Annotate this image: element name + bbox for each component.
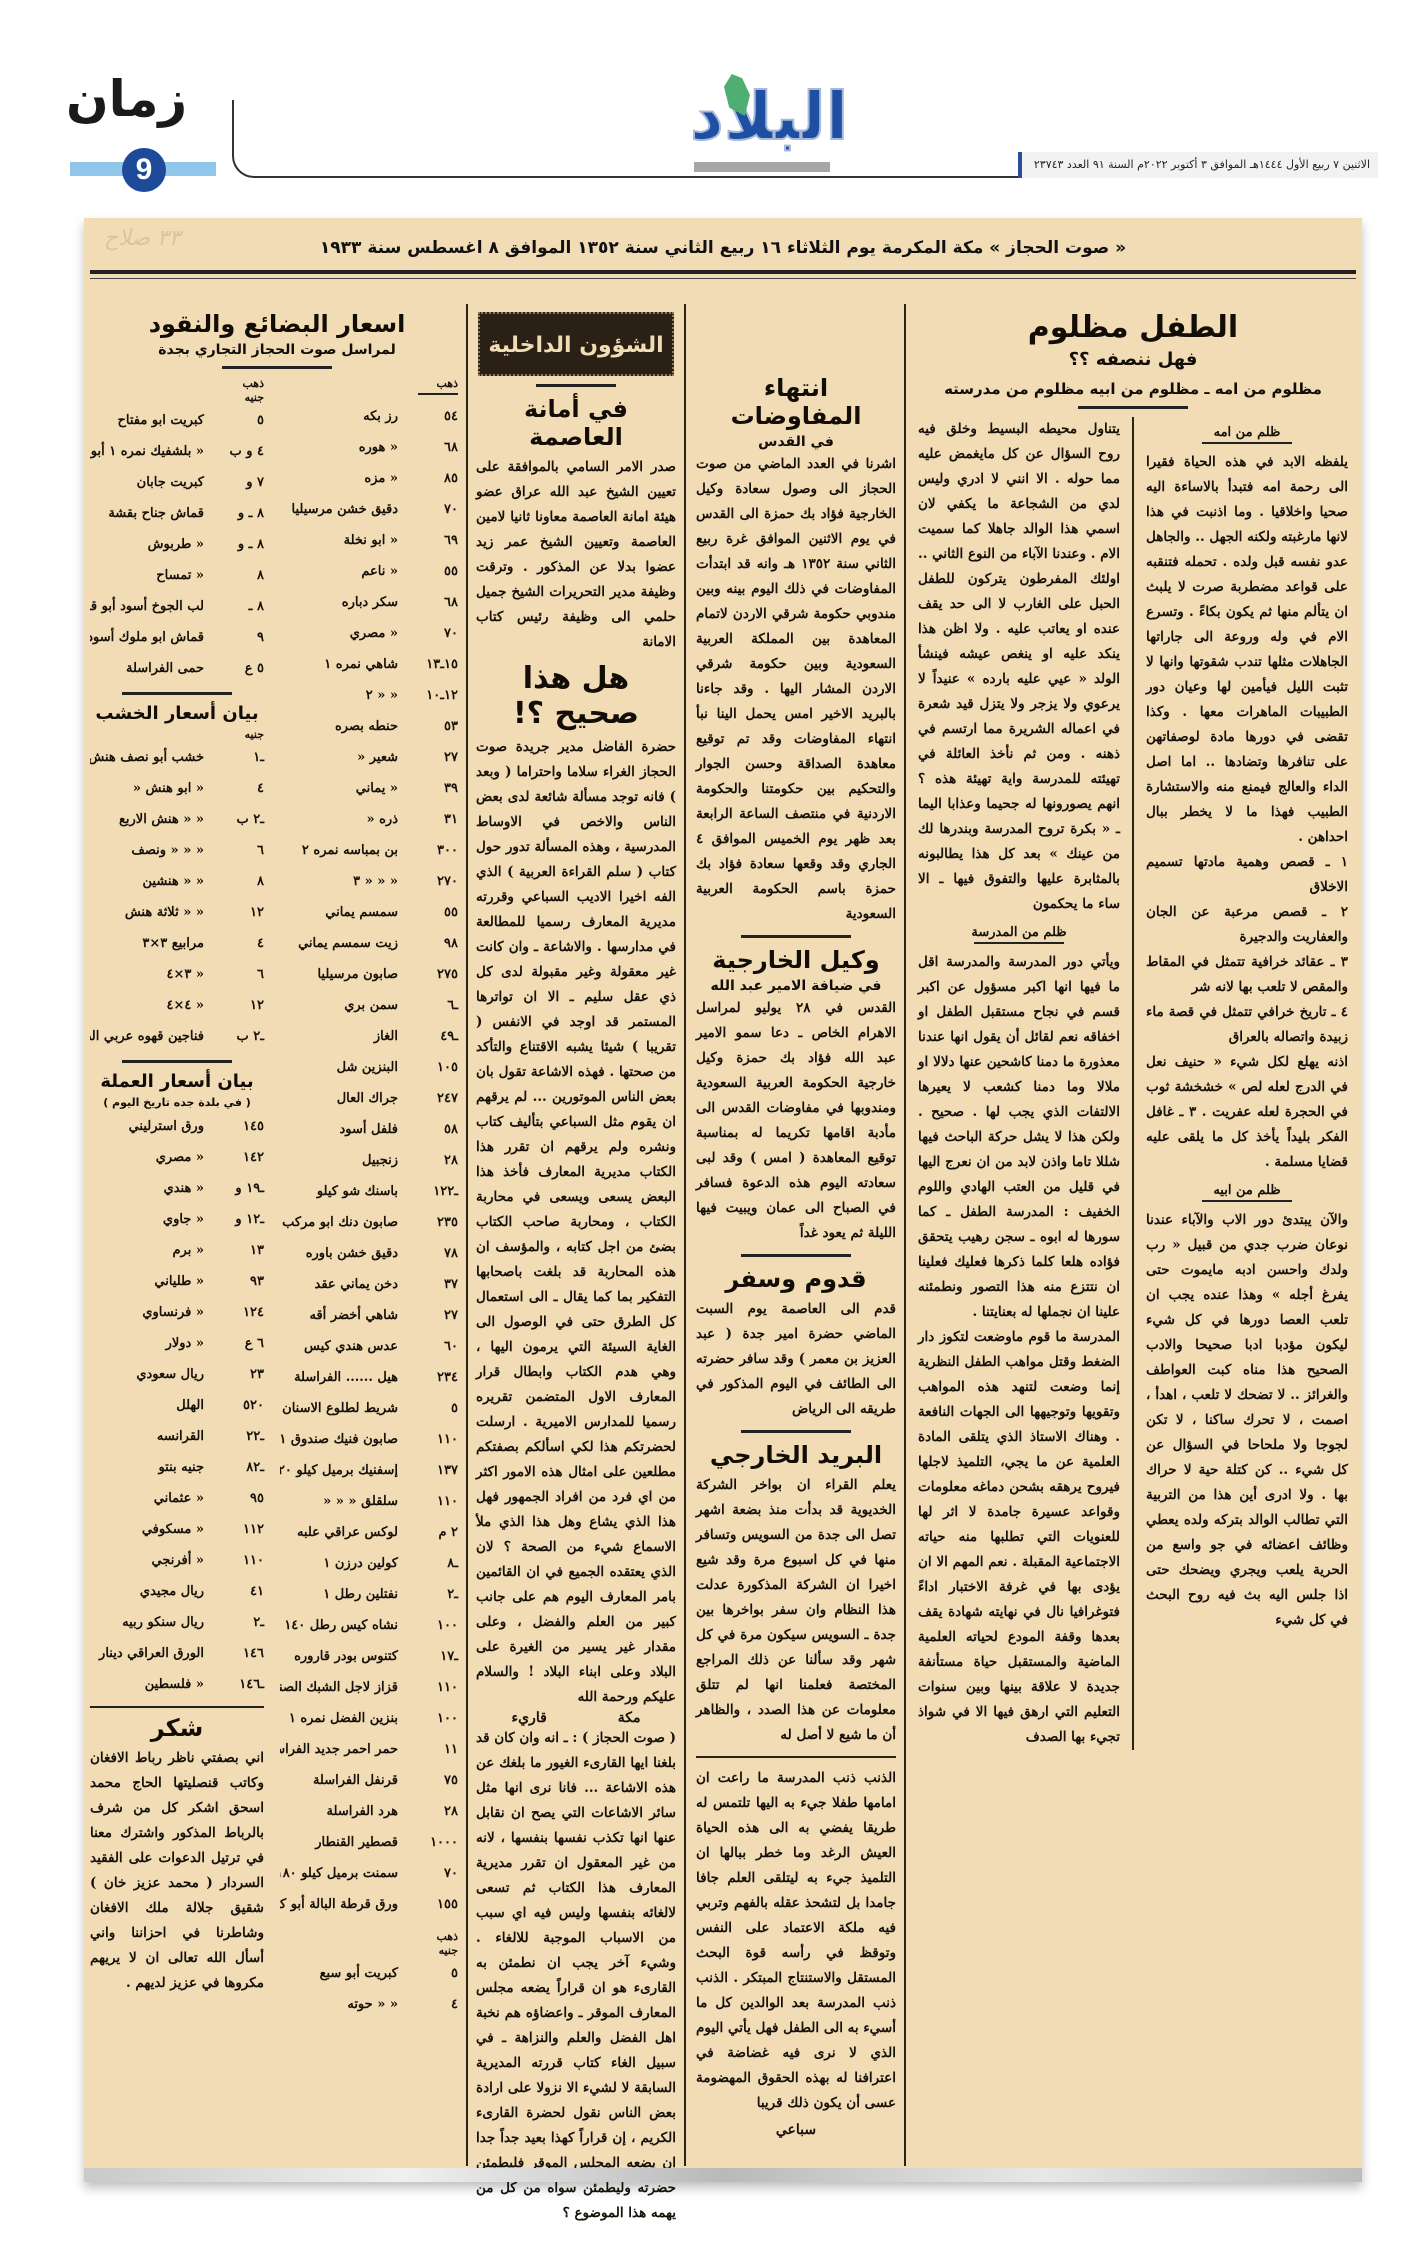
price-row: ١٠٠بنزين الفضل نمره ١ xyxy=(280,1703,458,1734)
price-value: ـ٢ ب xyxy=(212,1021,264,1052)
price-row: ١١حمر احمر جديد الفراسلة xyxy=(280,1734,458,1765)
price-row: ٢٣٥صابون دنك ابو مركب عن قالب ٤٠٠ xyxy=(280,1207,458,1238)
divider xyxy=(696,1756,896,1758)
divider xyxy=(1202,442,1292,444)
item-name: « مصري xyxy=(90,1142,212,1173)
section-title: زمان xyxy=(66,70,187,128)
price-row: ٧٠سمنت برميل كيلو ١٨٠ xyxy=(280,1858,458,1889)
price-value: ٨ xyxy=(212,866,264,897)
goods-list: ٥كبريت أبو سبع٤« « حوته xyxy=(280,1958,458,2020)
column-capital-affairs: الشؤون الداخلية في أمانة العاصمة صدر الا… xyxy=(476,304,676,2166)
item-name: صابون مرسيليا xyxy=(280,959,406,990)
price-value: ٧٠ xyxy=(406,1858,458,1889)
price-value: ٧٨ xyxy=(406,1238,458,1269)
price-row: ٨« « هنشين xyxy=(90,866,264,897)
issue-dateline: الاثنين ٧ ربيع الأول ١٤٤٤هـ الموافق ٣ أك… xyxy=(1018,152,1378,178)
item-name: هرد الفراسلة xyxy=(280,1796,406,1827)
price-value: ٤ xyxy=(212,928,264,959)
scan-edge xyxy=(84,2168,1362,2182)
item-name: زنجبيل xyxy=(280,1145,406,1176)
newspaper-logo: البلاد xyxy=(690,82,830,152)
price-value: ١٤٥ xyxy=(212,1111,264,1142)
price-value: ١٠٥ xyxy=(406,1052,458,1083)
price-row: ٢٧٠« « « ٣ xyxy=(280,866,458,897)
price-value: ٦ xyxy=(212,959,264,990)
article-paragraph: صدر الامر السامي بالموافقة على تعيين الش… xyxy=(476,455,676,655)
item-name: « مسكوفي xyxy=(90,1514,212,1545)
price-value: ٩٣ xyxy=(212,1266,264,1297)
timber-title: بيان أسعار الخشب xyxy=(90,703,264,724)
price-value: ١٤٦ xyxy=(212,1638,264,1669)
item-name: صابون دنك ابو مركب عن قالب ٤٠٠ xyxy=(280,1207,406,1238)
price-row: ١١٠سلقلق « « « xyxy=(280,1486,458,1517)
price-value: ١٢ـ١٠ xyxy=(406,680,458,711)
item-name: قصطير القنطار xyxy=(280,1827,406,1858)
price-value: ـ١٢ و xyxy=(212,1204,264,1235)
item-name: جنيه بنتو xyxy=(90,1452,212,1483)
price-row: ٩قماش ابو ملوك أسود xyxy=(90,622,264,653)
article-paragraph: يتناول محيطه البسيط وخلق فيه روح السؤال … xyxy=(918,417,1120,917)
item-name: حمى الفراسلة xyxy=(90,653,212,684)
item-name: هيل ...... الفراسلة xyxy=(280,1362,406,1393)
item-name: الغاز xyxy=(280,1021,406,1052)
price-value: ١٠٠٠ xyxy=(406,1827,458,1858)
price-row: ـ٢ريال سنكو ربيه xyxy=(90,1607,264,1638)
price-value: ٧٠ xyxy=(406,494,458,525)
price-value: ٥ xyxy=(212,405,264,436)
editor-reply: ( صوت الحجاز ) : ـ انه وان كان قد بلغنا … xyxy=(476,1726,676,2226)
divider xyxy=(122,1060,232,1063)
item-name: نفتلين رطل ١ xyxy=(280,1579,406,1610)
price-value: ٩٥ xyxy=(212,1483,264,1514)
unit-sub: جنيه xyxy=(90,391,264,405)
price-row: ٤« « حوته xyxy=(280,1989,458,2020)
item-name: دخن يماني عقد xyxy=(280,1269,406,1300)
item-name: ذره « xyxy=(280,804,406,835)
price-row: ١١٠صابون فنيك صندوق ١ xyxy=(280,1424,458,1455)
article-paragraph: القدس في ٢٨ يوليو لمراسل الاهرام الخاص ـ… xyxy=(696,996,896,1246)
price-row: ٩٨زيت سمسم يماني xyxy=(280,928,458,959)
item-name: « « هنشين xyxy=(90,866,212,897)
masthead-rule xyxy=(90,270,1356,274)
item-name: كبريت جابان xyxy=(90,467,212,498)
item-name: سكر دباره xyxy=(280,587,406,618)
item-name: إسفنيك برميل كيلو ٢٠ xyxy=(280,1455,406,1486)
price-row: ٢٧شعير « xyxy=(280,742,458,773)
item-name: « « هنش الاربع xyxy=(90,804,212,835)
article-title: الطفل مظلوم xyxy=(918,310,1348,345)
article-paragraph: يلفظه الابد في هذه الحياة فقيرا الى رحمة… xyxy=(1146,450,1348,850)
price-row: ـ١خشب أبو نصف هنش xyxy=(90,742,264,773)
item-name: « دولار xyxy=(90,1328,212,1359)
price-row: ـ١٢ و« جاوي xyxy=(90,1204,264,1235)
price-row: ٢٨هرد الفراسلة xyxy=(280,1796,458,1827)
price-row: ١٥ـ١٣شاهي نمره ١ xyxy=(280,649,458,680)
price-row: ١٢٤« فرنساوي xyxy=(90,1297,264,1328)
price-row: ـ١٧كتنوس بودر قاروره xyxy=(280,1641,458,1672)
item-name: صابون فنيك صندوق ١ xyxy=(280,1424,406,1455)
price-value: ٤١ xyxy=(212,1576,264,1607)
article-point: ٤ ـ تاريخ خرافي تتمثل في قصة ماء زبيدة و… xyxy=(1146,1000,1348,1050)
item-name: جراك العال xyxy=(280,1083,406,1114)
price-value: ٢٣٥ xyxy=(406,1207,458,1238)
unit-sub: جنيه xyxy=(90,728,264,742)
item-name: ريال مجيدي xyxy=(90,1576,212,1607)
item-name: « طلياني xyxy=(90,1266,212,1297)
item-name: عدس هندي كيس xyxy=(280,1331,406,1362)
currency-title: بيان أسعار العملة xyxy=(90,1071,264,1092)
price-value: ٢٣ xyxy=(212,1359,264,1390)
price-row: ٧ وكبريت جابان xyxy=(90,467,264,498)
unit-header: ذهب xyxy=(280,377,458,391)
price-row: ٥ عحمى الفراسلة xyxy=(90,653,264,684)
price-value: ٦ ع xyxy=(212,1328,264,1359)
item-name: شاهي نمره ١ xyxy=(280,649,406,680)
price-row: ٤ و ب« بلشفيك نمره ١ أبو حصان xyxy=(90,436,264,467)
price-row: ٩٣« طلياني xyxy=(90,1266,264,1297)
timber-list: ـ١خشب أبو نصف هنش٤« ابو هنش «ـ٢ ب« « هنش… xyxy=(90,742,264,1052)
price-row: ١٤٢« مصري xyxy=(90,1142,264,1173)
price-row: ٥كبريت أبو سبع xyxy=(280,1958,458,1989)
article-subtitle: فهل ننصفه ؟؟ xyxy=(918,349,1348,370)
goods-column-a: ذهب ٥٤رز بكه٦٨« هوره٨٥« مزه٧٠دقيق خشن مر… xyxy=(280,377,458,2020)
prices-table: ذهب ٥٤رز بكه٦٨« هوره٨٥« مزه٧٠دقيق خشن مر… xyxy=(96,377,458,2020)
item-name: ورق استرليني xyxy=(90,1111,212,1142)
article-paragraph: اشرنا في العدد الماضي من صوت الحجاز الى … xyxy=(696,452,896,927)
headline-foreign-mail: البريد الخارجي xyxy=(696,1441,896,1469)
price-value: ٢٤٧ xyxy=(406,1083,458,1114)
price-row: ١٤٦الورق العراقي دينار xyxy=(90,1638,264,1669)
internal-affairs-banner: الشؤون الداخلية xyxy=(478,312,674,376)
price-value: ٥٨ xyxy=(406,1114,458,1145)
item-name: « هندي xyxy=(90,1173,212,1204)
price-row: ٥٨فلفل أسود xyxy=(280,1114,458,1145)
item-name: « « ثلاثة هنش xyxy=(90,897,212,928)
price-row: ١٤٥ورق استرليني xyxy=(90,1111,264,1142)
unit-header: ذهب xyxy=(280,1930,458,1944)
divider xyxy=(1202,1200,1292,1202)
item-name: ورق قرطة البالة أبو كيلو ١٢٥ xyxy=(280,1889,406,1920)
price-value: ٢٧ xyxy=(406,742,458,773)
article-paragraph: الذنب ذنب المدرسة ما راعت ان امامها طفلا… xyxy=(696,1766,896,2116)
item-name: شريط لطلوع الاسنان بسهولة xyxy=(280,1393,406,1424)
item-name: بنزين الفضل نمره ١ xyxy=(280,1703,406,1734)
price-row: ١٢« « ثلاثة هنش xyxy=(90,897,264,928)
divider xyxy=(222,366,332,369)
letter-signoff: مكة قاريء xyxy=(476,1710,676,1726)
article-paragraph: قدم الى العاصمة يوم السبت الماضي حضرة ام… xyxy=(696,1297,896,1422)
goods-column-b: ذهب جنيه ٥كبريت ابو مفتاح٤ و ب« بلشفيك ن… xyxy=(90,377,264,2020)
price-value: ٣٠٠ xyxy=(406,835,458,866)
price-row: ـ٨كولين درزن ١ xyxy=(280,1548,458,1579)
divider xyxy=(974,942,1064,944)
page-number-badge: 9 xyxy=(122,148,166,192)
price-row: ـ٤٩الغاز xyxy=(280,1021,458,1052)
price-value: ـ١٧ xyxy=(406,1641,458,1672)
item-name: « ابو نخلة xyxy=(280,525,406,556)
item-name: مرابيع ٣×٣ xyxy=(90,928,212,959)
price-row: ـ٢ ب« « هنش الاربع xyxy=(90,804,264,835)
price-row: ٣١ذره « xyxy=(280,804,458,835)
headline-arrival-departure: قدوم وسفر xyxy=(696,1265,896,1293)
price-value: ٢٧٥ xyxy=(406,959,458,990)
price-row: ٤« ابو هنش « xyxy=(90,773,264,804)
article-paragraph: حضرة الفاضل مدير جريدة صوت الحجاز الغراء… xyxy=(476,735,676,1710)
price-row: ـ٢٢القرانسه xyxy=(90,1421,264,1452)
item-name: لب الجوخ أسود أبو قبوس xyxy=(90,591,212,622)
price-value: ١١٠ xyxy=(406,1424,458,1455)
price-value: ٥ xyxy=(406,1393,458,1424)
price-row: ـ٢ بفناجين قهوه عربي الصندوق ١٠٠٠ فنجان … xyxy=(90,1021,264,1052)
item-name: سمن بري xyxy=(280,990,406,1021)
item-name: دقيق خشن باوره xyxy=(280,1238,406,1269)
headline-subtitle: في ضيافة الامير عبد الله xyxy=(696,978,896,994)
column-rule xyxy=(1132,417,1134,1750)
price-row: ٢ ملوكس عراقي علبه xyxy=(280,1517,458,1548)
price-row: ـ٦سمن بري xyxy=(280,990,458,1021)
item-name: « « « ونصف xyxy=(90,835,212,866)
item-name: كبريت أبو سبع xyxy=(280,1958,406,1989)
price-value: ١٢٤ xyxy=(212,1297,264,1328)
item-name: حنطه بصره xyxy=(280,711,406,742)
price-value: ١٢ xyxy=(212,990,264,1021)
letter-signer: قاريء xyxy=(512,1710,547,1726)
item-name: شاهي أخضر أقه xyxy=(280,1300,406,1331)
price-row: ١٠٠٠قصطير القنطار xyxy=(280,1827,458,1858)
item-name: « جاوي xyxy=(90,1204,212,1235)
price-row: ١٥٥ورق قرطة البالة أبو كيلو ١٢٥ xyxy=(280,1889,458,1920)
price-row: ٦٨سكر دباره xyxy=(280,587,458,618)
thanks-text: اني بصفتي ناظر رباط الافغان وكاتب قنصليت… xyxy=(90,1746,264,1996)
article-two-columns: ظلم من امه يلفظه الابد في هذه الحياة فقي… xyxy=(918,417,1348,1750)
price-row: ١٠٠نشاه كيس رطل ١٤٠ xyxy=(280,1610,458,1641)
item-name: « طربوش xyxy=(90,529,212,560)
price-value: ٢٧٠ xyxy=(406,866,458,897)
price-row: ٢٨زنجبيل xyxy=(280,1145,458,1176)
price-value: ٥٤ xyxy=(406,401,458,432)
headline-is-it-true: هل هذا صحيح ؟! xyxy=(476,661,676,731)
item-name: « « ٢ xyxy=(280,680,406,711)
price-value: ٢٨ xyxy=(406,1796,458,1827)
item-name: سمنت برميل كيلو ١٨٠ xyxy=(280,1858,406,1889)
price-row: ٣٧دخن يماني عقد xyxy=(280,1269,458,1300)
item-name: سلقلق « « « xyxy=(280,1486,406,1517)
price-value: ٦٨ xyxy=(406,587,458,618)
price-value: ـ٤٩ xyxy=(406,1021,458,1052)
price-row: ٨ ـ و« طربوش xyxy=(90,529,264,560)
item-name: « مزه xyxy=(280,463,406,494)
price-value: ٥٣ xyxy=(406,711,458,742)
item-name: « تمساح xyxy=(90,560,212,591)
price-value: ٢٣٤ xyxy=(406,1362,458,1393)
price-row: ٥٥سمسم يماني xyxy=(280,897,458,928)
item-name: قماش ابو ملوك أسود xyxy=(90,622,212,653)
price-row: ٣٩« يماني xyxy=(280,773,458,804)
price-row: ٧٥قرنفل الفراسلة xyxy=(280,1765,458,1796)
price-value: ٣٩ xyxy=(406,773,458,804)
price-row: ٨ ـ وقماش جناح بقشة xyxy=(90,498,264,529)
item-name: حمر احمر جديد الفراسلة xyxy=(280,1734,406,1765)
divider xyxy=(90,1706,264,1708)
price-value: ٣١ xyxy=(406,804,458,835)
price-value: ٩ xyxy=(212,622,264,653)
price-value: ٥٢٠ xyxy=(212,1390,264,1421)
article-subcolumn-left: يتناول محيطه البسيط وخلق فيه روح السؤال … xyxy=(918,417,1120,1750)
divider xyxy=(122,692,232,695)
price-row: ٥٤رز بكه xyxy=(280,401,458,432)
divider xyxy=(418,393,458,395)
price-value: ٨ ـ xyxy=(212,591,264,622)
price-value: ٦٩ xyxy=(406,525,458,556)
price-row: ـ١٩ و« هندي xyxy=(90,1173,264,1204)
item-name: لوكس عراقي علبه xyxy=(280,1517,406,1548)
price-value: ـ٢ xyxy=(212,1607,264,1638)
column-rule xyxy=(904,304,906,2166)
divider xyxy=(536,384,616,387)
article-point: ٣ ـ عقائد خرافية تتمثل في المقاط والمقص … xyxy=(1146,950,1348,1000)
price-row: ١٣٧إسفنيك برميل كيلو ٢٠ xyxy=(280,1455,458,1486)
price-value: ٥٥ xyxy=(406,556,458,587)
item-name: البنزين شل xyxy=(280,1052,406,1083)
price-value: ٥ xyxy=(406,1958,458,1989)
item-name: باسنك شو كيلو xyxy=(280,1176,406,1207)
thanks-title: شكر xyxy=(90,1714,264,1742)
price-row: ١١٢« مسكوفي xyxy=(90,1514,264,1545)
item-name: « برم xyxy=(90,1235,212,1266)
clipping-masthead: « صوت الحجاز » مكة المكرمة يوم الثلاثاء … xyxy=(84,226,1362,292)
price-row: ٦٠عدس هندي كيس xyxy=(280,1331,458,1362)
price-value: ١١ xyxy=(406,1734,458,1765)
goods-list: ٥كبريت ابو مفتاح٤ و ب« بلشفيك نمره ١ أبو… xyxy=(90,405,264,684)
item-name: ريال سنكو ربيه xyxy=(90,1607,212,1638)
column-prices: اسعار البضائع والنقود لمراسل صوت الحجاز … xyxy=(96,304,458,2166)
price-value: ـ٦ xyxy=(406,990,458,1021)
price-value: ٥ ع xyxy=(212,653,264,684)
price-row: ١١٠« أفرنجي xyxy=(90,1545,264,1576)
price-row: ٥٥« ناعم xyxy=(280,556,458,587)
divider xyxy=(1078,406,1188,409)
unit-header: ذهب xyxy=(90,377,264,391)
goods-list: ٥٤رز بكه٦٨« هوره٨٥« مزه٧٠دقيق خشن مرسيلي… xyxy=(280,401,458,1920)
price-row: ١٠٥البنزين شل xyxy=(280,1052,458,1083)
price-value: ١٢ xyxy=(212,897,264,928)
currency-subtitle: ( في بلدة جده تاريخ اليوم ) xyxy=(90,1096,264,1109)
price-value: ١١٠ xyxy=(406,1486,458,1517)
price-value: ٤ xyxy=(212,773,264,804)
item-name: بن بمباسه نمره ٢ xyxy=(280,835,406,866)
item-name: خشب أبو نصف هنش xyxy=(90,742,212,773)
item-name: القرانسه xyxy=(90,1421,212,1452)
item-name: سمسم يماني xyxy=(280,897,406,928)
price-row: ٤١ريال مجيدي xyxy=(90,1576,264,1607)
price-value: ٦ xyxy=(212,835,264,866)
price-value: ٧٠ xyxy=(406,618,458,649)
price-value: ٦٠ xyxy=(406,1331,458,1362)
item-name: « ابو هنش « xyxy=(90,773,212,804)
prices-subtitle: لمراسل صوت الحجاز التجاري بجدة xyxy=(96,342,458,358)
logo-underbar xyxy=(694,162,830,172)
price-value: ـ٨ xyxy=(406,1548,458,1579)
headline-subtitle: في القدس xyxy=(696,434,896,450)
price-value: ١٤٢ xyxy=(212,1142,264,1173)
item-name: « أفرنجي xyxy=(90,1545,212,1576)
section-heading: ظلم من المدرسة xyxy=(918,925,1120,940)
price-row: ٥٢٠الهلل xyxy=(90,1390,264,1421)
price-value: ـ١٢٢ xyxy=(406,1176,458,1207)
price-value: ـ٢ xyxy=(406,1579,458,1610)
price-value: ٨ ـ و xyxy=(212,498,264,529)
item-name: « ٤×٤ xyxy=(90,990,212,1021)
article-subcolumn-right: ظلم من امه يلفظه الابد في هذه الحياة فقي… xyxy=(1146,417,1348,1750)
price-row: ١٢« ٤×٤ xyxy=(90,990,264,1021)
price-row: ٨ ـلب الجوخ أسود أبو قبوس xyxy=(90,591,264,622)
item-name: دقيق خشن مرسيليا xyxy=(280,494,406,525)
item-name: نشاه كيس رطل ١٤٠ xyxy=(280,1610,406,1641)
price-row: ٦٨« هوره xyxy=(280,432,458,463)
price-row: ـ١٢٢باسنك شو كيلو xyxy=(280,1176,458,1207)
item-name: الورق العراقي دينار xyxy=(90,1638,212,1669)
price-row: ٤مرابيع ٣×٣ xyxy=(90,928,264,959)
currency-list: ١٤٥ورق استرليني١٤٢« مصريـ١٩ و« هنديـ١٢ و… xyxy=(90,1111,264,1700)
column-rule xyxy=(466,304,468,2166)
archive-clipping: ٣٣ صلاح « صوت الحجاز » مكة المكرمة يوم ا… xyxy=(84,218,1362,2182)
divider xyxy=(741,1254,851,1257)
item-name: « ٣×٤ xyxy=(90,959,212,990)
price-row: ٩٥« عثماني xyxy=(90,1483,264,1514)
logo-text: البلاد xyxy=(690,82,830,152)
item-name: كتنوس بودر قاروره xyxy=(280,1641,406,1672)
price-value: ٨ ـ و xyxy=(212,529,264,560)
price-row: ١١٠قزاز لاجل الشبك الصندوق xyxy=(280,1672,458,1703)
article-point: ٢ ـ قصص مرعبة عن الجان والعفاريت والدجير… xyxy=(1146,900,1348,950)
item-name: « « « ٣ xyxy=(280,866,406,897)
item-name: رز بكه xyxy=(280,401,406,432)
item-name: « يماني xyxy=(280,773,406,804)
author-signature: سباعي xyxy=(696,2122,896,2138)
item-name: « مصري xyxy=(280,618,406,649)
price-row: ٧٨دقيق خشن باوره xyxy=(280,1238,458,1269)
masthead-rule-thin xyxy=(90,278,1356,279)
price-value: ١٠٠ xyxy=(406,1610,458,1641)
headline-foreign-deputy: وكيل الخارجية xyxy=(696,946,896,974)
price-value: ٢ م xyxy=(406,1517,458,1548)
price-row: ٢٧٥صابون مرسيليا xyxy=(280,959,458,990)
article-paragraph: المدرسة ما قوم ماوضعت لتكوز دار الضغط وق… xyxy=(918,1325,1120,1750)
price-row: ٥شريط لطلوع الاسنان بسهولة xyxy=(280,1393,458,1424)
article-paragraph: اذنه يهلع لكل شيء « حنيف نعل في الدرج لع… xyxy=(1146,1050,1348,1175)
item-name: فلفل أسود xyxy=(280,1114,406,1145)
price-row: ٢٣٤هيل ...... الفراسلة xyxy=(280,1362,458,1393)
price-row: ٨٥« مزه xyxy=(280,463,458,494)
divider xyxy=(741,935,851,938)
price-value: ١١٢ xyxy=(212,1514,264,1545)
price-row: ٦٩« ابو نخلة xyxy=(280,525,458,556)
item-name: قرنفل الفراسلة xyxy=(280,1765,406,1796)
price-value: ٣٧ xyxy=(406,1269,458,1300)
masthead-text: « صوت الحجاز » مكة المكرمة يوم الثلاثاء … xyxy=(84,238,1362,258)
price-value: ٩٨ xyxy=(406,928,458,959)
item-name: « فرنساوي xyxy=(90,1297,212,1328)
price-row: ١٢ـ١٠« « ٢ xyxy=(280,680,458,711)
price-row: ٥كبريت ابو مفتاح xyxy=(90,405,264,436)
item-name: « بلشفيك نمره ١ أبو حصان xyxy=(90,436,212,467)
price-value: ٢٨ xyxy=(406,1145,458,1176)
section-heading: ظلم من امه xyxy=(1146,425,1348,440)
price-row: ١٣« برم xyxy=(90,1235,264,1266)
divider xyxy=(741,1430,851,1433)
price-row: ٧٠دقيق خشن مرسيليا xyxy=(280,494,458,525)
article-point: ١ ـ قصص وهمية مادتها تسميم الاخلاق xyxy=(1146,850,1348,900)
